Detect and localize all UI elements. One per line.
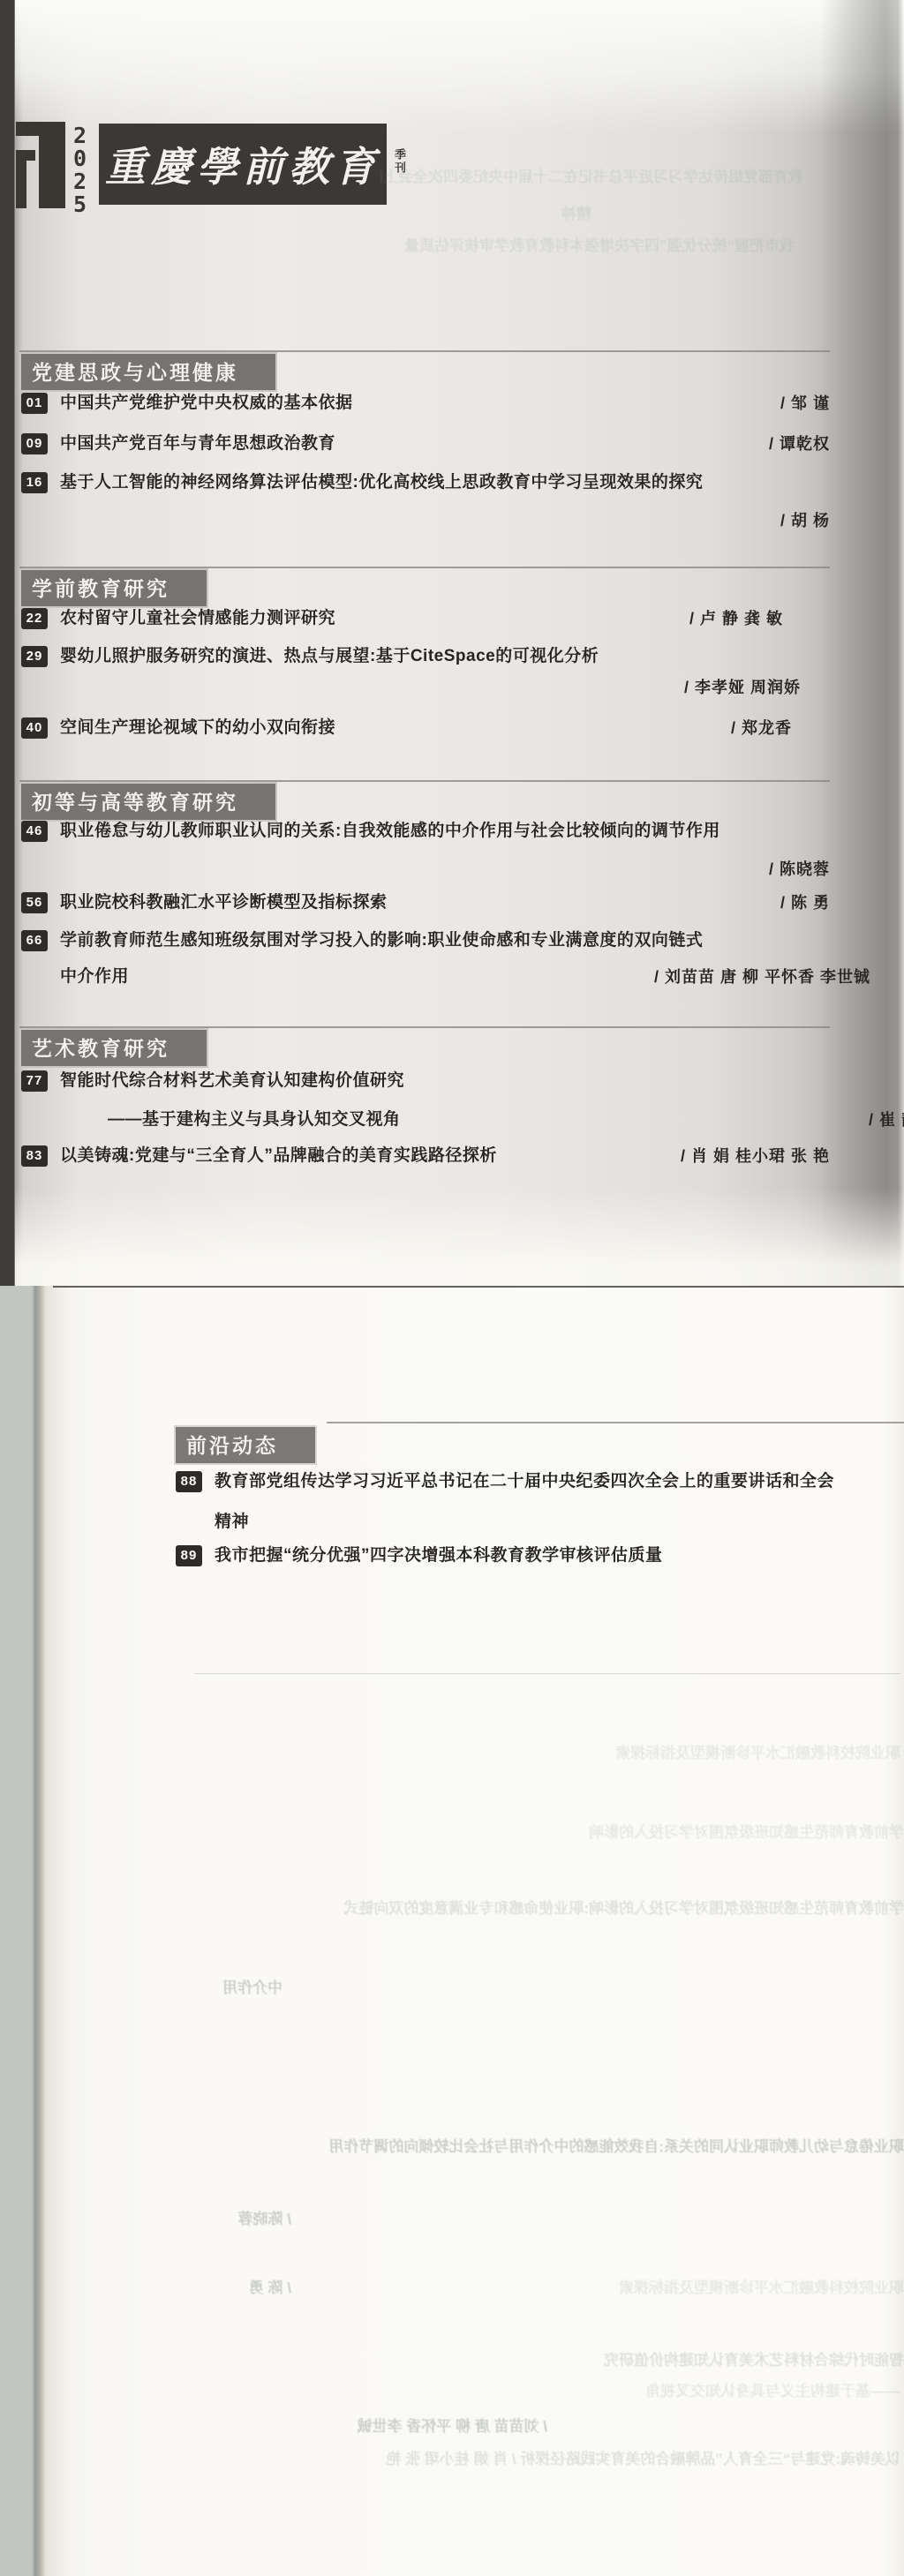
toc-entry-09: 09 中国共产党百年与青年思想政治教育 / 谭乾权 (19, 432, 830, 455)
issue-year: 2025 (68, 123, 91, 211)
article-title-continued: 精神 (215, 1511, 249, 1534)
article-authors: / 谭乾权 (769, 432, 830, 455)
article-authors: / 肖 娟 桂小珺 张 艳 (681, 1145, 830, 1168)
bleed-through-rule (194, 1673, 900, 1674)
bleed-through-text: 职业院校科教融汇水平诊断模型及指标探索 (494, 2275, 904, 2297)
article-title: 教育部党组传达学习习近平总书记在二十届中央纪委四次全会上的重要讲话和全会 (215, 1470, 834, 1493)
journal-title-calligraphy: 重慶學前教育 (99, 124, 387, 205)
bleed-through-text: 学前教育师范生感知班级氛围对学习投入的影响:职业使命感和专业满意度的双向链式 (185, 1896, 904, 1918)
article-title: 中国共产党百年与青年思想政治教育 (60, 432, 335, 455)
bleed-through-text: 学前教育师范生感知班级氛围对学习投入的影响 (556, 1820, 904, 1842)
section-header-dangjian: 党建思政与心理健康 (19, 352, 277, 392)
article-authors: / 陈 勇 (780, 891, 830, 914)
toc-entry-77-subtitle: ——基于建构主义与具身认知交叉视角 / 崔 靓 (19, 1108, 904, 1131)
scan-page-2: 前沿动态 88 教育部党组传达学习习近平总书记在二十届中央纪委四次全会上的重要讲… (0, 1286, 904, 2576)
toc-entry-16-authors: / 胡 杨 (19, 509, 830, 532)
page-number-badge: 66 (21, 930, 48, 951)
toc-entry-16: 16 基于人工智能的神经网络算法评估模型:优化高校线上思政教育中学习呈现效果的探… (19, 471, 830, 494)
toc-entry-88: 88 教育部党组传达学习习近平总书记在二十届中央纪委四次全会上的重要讲话和全会 (174, 1470, 904, 1493)
article-authors: / 邹 谨 (780, 392, 830, 415)
page-number-badge: 01 (21, 393, 48, 414)
bleed-through-text: 精神 (530, 201, 591, 223)
scan-page-1: 2025 重慶學前教育 季刊 教育部党组传达学习习近平总书记在二十届中央纪委四次… (0, 0, 904, 1286)
article-subtitle: ——基于建构主义与具身认知交叉视角 (108, 1108, 401, 1131)
bleed-through-text: ——基于建构主义与具身认知交叉视角 (565, 2378, 900, 2400)
page-number-badge: 83 (21, 1145, 48, 1167)
article-authors: / 李孝娅 周润娇 (684, 676, 801, 699)
article-authors: / 崔 靓 (869, 1108, 904, 1131)
bleed-through-text: / 陈 勇 (177, 2275, 291, 2297)
article-title: 智能时代综合材料艺术美育认知建构价值研究 (60, 1070, 404, 1093)
page-number-badge: 22 (21, 608, 48, 629)
paper-bottom-highlight (15, 1189, 904, 1286)
issue-number-glyph (16, 122, 65, 208)
article-title: 学前教育师范生感知班级氛围对学习投入的影响:职业使命感和专业满意度的双向链式 (60, 929, 703, 952)
page-number-badge: 46 (21, 821, 48, 842)
article-title: 职业院校科教融汇水平诊断模型及指标探索 (60, 891, 388, 914)
page-number-badge: 29 (21, 646, 48, 667)
toc-entry-83: 83 以美铸魂:党建与“三全育人”品牌融合的美育实践路径探析 / 肖 娟 桂小珺… (19, 1145, 830, 1168)
toc-entry-29: 29 婴幼儿照护服务研究的演进、热点与展望:基于CiteSpace的可视化分析 (19, 645, 830, 668)
bleed-through-text: 职业倦怠与幼儿教师职业认同的关系:自我效能感的中介作用与社会比较倾向的调节作用 (190, 2134, 904, 2156)
toc-entry-66-line2: 中介作用 / 刘苗苗 唐 柳 平怀香 李世铖 (19, 965, 870, 988)
article-authors: / 刘苗苗 唐 柳 平怀香 李世铖 (654, 965, 870, 988)
article-title: 中国共产党维护党中央权威的基本依据 (60, 392, 353, 415)
toc-entry-77: 77 智能时代综合材料艺术美育认知建构价值研究 (19, 1070, 830, 1093)
section-header-chudeng: 初等与高等教育研究 (19, 782, 277, 822)
article-title: 基于人工智能的神经网络算法评估模型:优化高校线上思政教育中学习呈现效果的探究 (60, 471, 703, 494)
article-title: 农村留守儿童社会情感能力测评研究 (60, 607, 335, 630)
toc-entry-88-line2: 精神 (174, 1511, 568, 1534)
toc-entry-89: 89 我市把握“统分优强”四字决增强本科教育教学审核评估质量 (174, 1544, 904, 1567)
bleed-through-text: 中介作用 (177, 1975, 282, 1997)
bleed-through-text: 职业院校科教融汇水平诊断模型及指标探索 (565, 1740, 900, 1762)
page-right-shadow (820, 0, 904, 1286)
article-title: 婴幼儿照护服务研究的演进、热点与展望:基于CiteSpace的可视化分析 (60, 645, 599, 668)
toc-entry-46: 46 职业倦怠与幼儿教师职业认同的关系:自我效能感的中介作用与社会比较倾向的调节… (19, 820, 830, 843)
section-rule (327, 1422, 904, 1423)
article-title: 空间生产理论视域下的幼小双向衔接 (60, 717, 335, 740)
section-header-xueqian: 学前教育研究 (19, 568, 208, 608)
page-number-badge: 40 (21, 717, 48, 739)
page-number-badge: 16 (21, 472, 48, 493)
section-header-qianyan: 前沿动态 (174, 1425, 317, 1465)
bleed-through-text: / 刘苗苗 唐 柳 平怀香 李世铖 (177, 2414, 547, 2436)
article-title: 我市把握“统分优强”四字决增强本科教育教学审核评估质量 (215, 1544, 663, 1567)
article-authors: / 胡 杨 (780, 509, 830, 532)
paper-top-highlight (15, 0, 904, 132)
article-title-continued: 中介作用 (60, 965, 129, 988)
page-number-badge: 77 (21, 1070, 48, 1092)
article-authors: / 卢 静 龚 敏 (689, 607, 783, 630)
page-number-badge: 89 (176, 1545, 202, 1566)
toc-entry-56: 56 职业院校科教融汇水平诊断模型及指标探索 / 陈 勇 (19, 891, 830, 914)
bleed-through-text: 我市把握“统分优强”四字决增强本科教育教学审核评估质量 (300, 233, 795, 255)
toc-entry-22: 22 农村留守儿童社会情感能力测评研究 / 卢 静 龚 敏 (19, 607, 830, 630)
bleed-through-text: 以美铸魂:党建与“三全育人”品牌融合的美育实践路径探析 / 肖 娟 桂小珺 张 … (256, 2446, 900, 2468)
bleed-through-text: / 陈晓蓉 (177, 2206, 291, 2228)
toc-entry-29-authors: / 李孝娅 周润娇 (19, 676, 830, 699)
page-number-badge: 09 (21, 433, 48, 454)
scan-boundary-line (53, 1286, 904, 1288)
toc-entry-66: 66 学前教育师范生感知班级氛围对学习投入的影响:职业使命感和专业满意度的双向链… (19, 929, 830, 952)
toc-entry-46-authors: / 陈晓蓉 (19, 858, 830, 881)
article-authors: / 郑龙香 (731, 717, 792, 740)
article-title: 以美铸魂:党建与“三全育人”品牌融合的美育实践路径探析 (60, 1145, 497, 1168)
page-number-badge: 88 (176, 1471, 202, 1492)
article-authors: / 陈晓蓉 (769, 858, 830, 881)
bleed-through-text: 智能时代综合材料艺术美育认知建构价值研究 (486, 2347, 904, 2369)
toc-entry-40: 40 空间生产理论视域下的幼小双向衔接 / 郑龙香 (19, 717, 830, 740)
bleed-through-text: 教育部党组传达学习习近平总书记在二十届中央纪委四次全会上的重要讲话和全 (380, 164, 803, 186)
toc-entry-01: 01 中国共产党维护党中央权威的基本依据 / 邹 谨 (19, 392, 830, 415)
section-header-yishu: 艺术教育研究 (19, 1028, 208, 1068)
article-title: 职业倦怠与幼儿教师职业认同的关系:自我效能感的中介作用与社会比较倾向的调节作用 (60, 820, 720, 843)
page-number-badge: 56 (21, 892, 48, 913)
